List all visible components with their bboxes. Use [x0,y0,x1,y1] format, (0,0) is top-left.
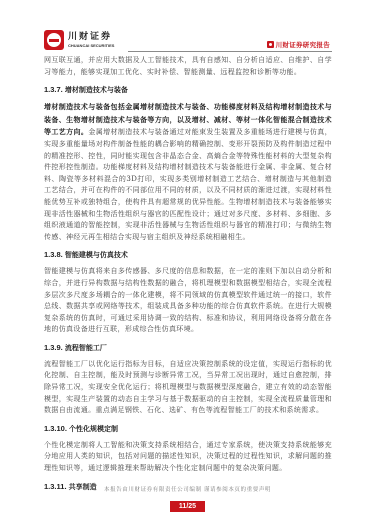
section-number: 1.3.7. [44,85,63,94]
logo-english-name: CHUANCAI SECURITIES [68,43,114,49]
document-body: 网互联互通，并应用大数据及人工智能技术，具有自感知、自分析自适应、自维护、自学习… [44,55,332,498]
section-number: 1.3.10. [44,424,67,433]
section-number: 1.3.8. [44,250,63,259]
report-logo-icon [267,41,274,48]
section-title: 智能建模与仿真技术 [65,250,128,259]
paragraph-text: 金属增材制造技术与装备通过对能束发生装置及多重能场进行建模与仿真，实现多重能量场… [44,128,332,240]
header-divider [128,51,332,52]
page-footer: 本报告由川财证券有限责任公司编制 谨请参阅本页的重要声明 11/25 [0,485,375,512]
section-heading-1-3-9: 1.3.9. 流程智能工厂 [44,343,332,353]
page-number-badge: 11/25 [170,501,205,512]
company-logo: 川财证券 CHUANCAI SECURITIES [44,30,114,50]
report-tag: 川财证券研究报告 [267,40,330,49]
section-title: 个性化规模定制 [69,424,118,433]
section-number: 1.3.9. [44,343,63,352]
section-paragraph: 流程智能工厂以优化运行指标为目标，自适应决策控制系统的设定值，实现运行指标的优化… [44,359,332,417]
report-label: 川财证券研究报告 [276,40,330,49]
section-heading-1-3-8: 1.3.8. 智能建模与仿真技术 [44,250,332,260]
page-header: 川财证券 CHUANCAI SECURITIES 川财证券研究报告 [44,28,332,52]
section-heading-1-3-7: 1.3.7. 增材制造技术与装备 [44,85,332,95]
section-paragraph: 智能建模与仿真将来自多传感器、多尺度的信息和数据，在一定的准则下加以自动分析和综… [44,266,332,336]
section-title: 流程智能工厂 [65,343,107,352]
logo-icon [44,30,64,50]
footer-disclaimer: 本报告由川财证券有限责任公司编制 谨请参阅本页的重要声明 [0,485,375,493]
section-paragraph: 个性化模定制将人工智能和决策支持系统相结合，通过专家系统，使决策支持系统能够充分… [44,440,332,475]
section-heading-1-3-10: 1.3.10. 个性化规模定制 [44,424,332,434]
section-title: 增材制造技术与装备 [65,85,128,94]
intro-paragraph: 网互联互通，并应用大数据及人工智能技术，具有自感知、自分析自适应、自维护、自学习… [44,55,332,78]
logo-chinese-name: 川财证券 [68,32,114,43]
section-paragraph: 增材制造技术与装备包括金属增材制造技术与装备、功能梯度材料及结构增材制造技术与装… [44,101,332,243]
